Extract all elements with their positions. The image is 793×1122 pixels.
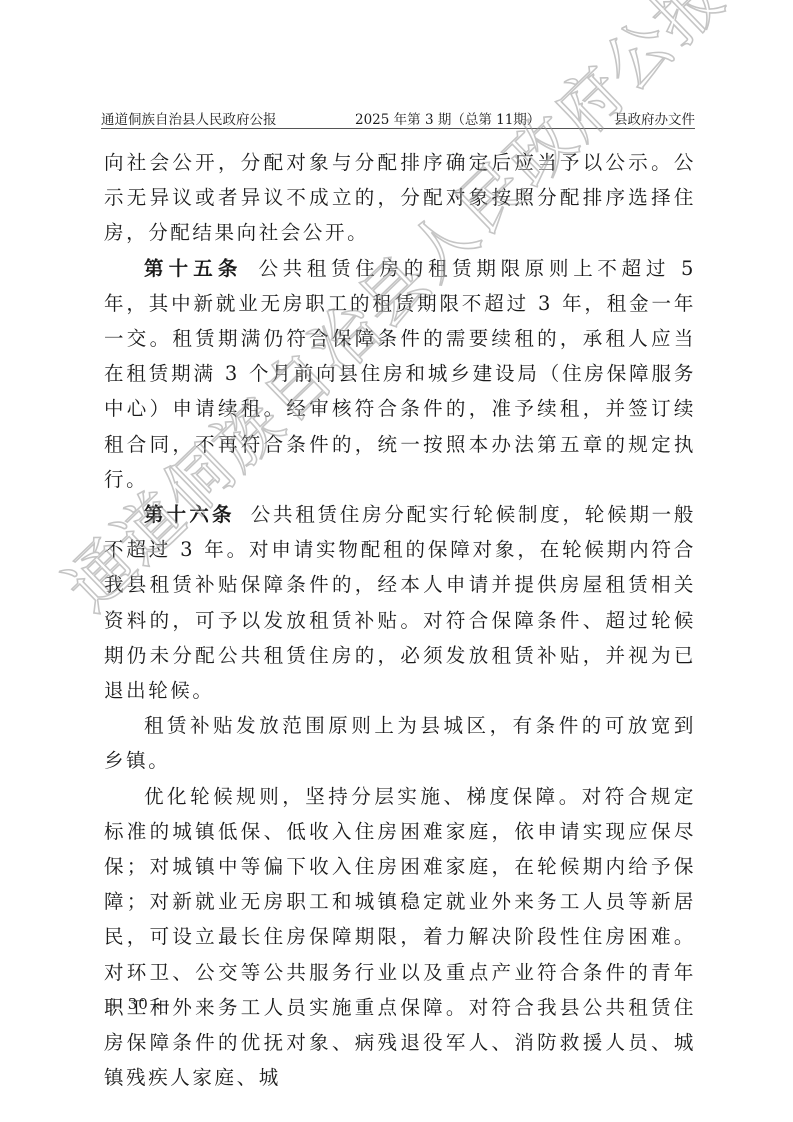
paragraph-text: 租赁补贴发放范围原则上为县城区，有条件的可放宽到乡镇。: [104, 714, 696, 772]
running-header: 通道侗族自治县人民政府公报 2025 年第 3 期（总第 11期） 县政府办文件: [101, 104, 695, 129]
paragraph-text: 优化轮候规则，坚持分层实施、梯度保障。对符合规定标准的城镇低保、低收入住房困难家…: [104, 785, 696, 1090]
paragraph-waiting-rules: 优化轮候规则，坚持分层实施、梯度保障。对符合规定标准的城镇低保、低收入住房困难家…: [104, 779, 696, 1096]
paragraph-text: 公共租赁住房分配实行轮候制度，轮候期一般不超过 3 年。对申请实物配租的保障对象…: [104, 503, 696, 702]
paragraph-subsidy-scope: 租赁补贴发放范围原则上为县城区，有条件的可放宽到乡镇。: [104, 708, 696, 778]
header-section: 县政府办文件: [614, 108, 695, 128]
article-title: 第十五条: [144, 257, 242, 280]
paragraph-text: 向社会公开，分配对象与分配排序确定后应当予以公示。公示无异议或者异议不成立的，分…: [104, 151, 696, 244]
header-publication-name: 通道侗族自治县人民政府公报: [101, 108, 277, 128]
paragraph-text: 公共租赁住房的租赁期限原则上不超过 5 年，其中新就业无房职工的租赁期限不超过 …: [104, 257, 696, 491]
article-16: 第十六条公共租赁住房分配实行轮候制度，轮候期一般不超过 3 年。对申请实物配租的…: [104, 497, 696, 708]
article-title: 第十六条: [144, 503, 235, 526]
paragraph-continuation: 向社会公开，分配对象与分配排序确定后应当予以公示。公示无异议或者异议不成立的，分…: [104, 145, 696, 251]
page-number: — 30 —: [106, 995, 171, 1013]
document-body: 向社会公开，分配对象与分配排序确定后应当予以公示。公示无异议或者异议不成立的，分…: [104, 145, 696, 1095]
article-15: 第十五条公共租赁住房的租赁期限原则上不超过 5 年，其中新就业无房职工的租赁期限…: [104, 251, 696, 497]
header-issue: 2025 年第 3 期（总第 11期）: [355, 108, 540, 128]
